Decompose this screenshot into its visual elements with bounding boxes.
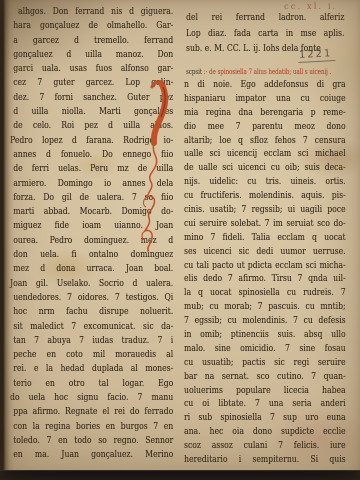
manuscript-line: malo. sine omicidio. 7 sine fosau <box>184 342 346 356</box>
rubric-line: scpsit :· de spinosiella 7 alius hedatib… <box>186 66 351 77</box>
manuscript-line: ppa afirmo. Regnate el rei do ferrado <box>10 405 173 419</box>
manuscript-line: hara gonçaluez de olmahello. Gar- <box>10 19 173 33</box>
manuscript-line: del rei ferrand ladron. alferiz <box>186 10 344 26</box>
manuscript-line: garci uala. usas fuos alfonso gar- <box>10 62 173 76</box>
manuscript-line: hoc nrm fachu disrupe noluerit. <box>10 305 173 319</box>
manuscript-line: uendedores. 7 oidores. 7 testigos. Qi <box>10 291 173 305</box>
manuscript-page: cc. xl. i. 1221 alhgos. Don ferrand nis … <box>0 0 360 480</box>
manuscript-line: cu tali pacto ut pdicta ecclam sci micha… <box>184 259 346 273</box>
manuscript-line: Joan gil. Uselako. Socrio d ualera. <box>10 277 173 291</box>
manuscript-line: ana. hec oia dono supdicte ecclie <box>184 425 346 439</box>
manuscript-line: tan 7 abuya 7 iudas traduz. 7 i <box>10 334 173 348</box>
manuscript-line: rei. e la hedad duplada al mones- <box>10 362 173 376</box>
manuscript-line: in omib; ptinenciis suis. absq ullo <box>184 328 346 342</box>
manuscript-line: con la regina bories en burgos 7 en <box>10 420 173 434</box>
manuscript-line: en ma. Juan gonçaluez. Merino <box>10 448 173 462</box>
manuscript-line: do uela hoc signu facio. 7 manu <box>10 391 173 405</box>
right-text-column-top: del rei ferrand ladron. alferizLop diaz.… <box>186 10 344 57</box>
right-text-column-body: n di noie. Ego addefonsus di grahispania… <box>184 78 346 467</box>
manuscript-line: mino 7 fideli. Talia ecclam q uocat <box>184 231 346 245</box>
manuscript-line: cu oi libtate. 7 una seria anderi <box>184 397 346 411</box>
photo-bottom-bar <box>0 470 360 480</box>
manuscript-line: ses uicenci sic dedi uumor uerruse. <box>184 245 346 259</box>
manuscript-line: cinis. usatib; 7 regssib; ui uagili poce <box>184 203 346 217</box>
rubric-prefix: scpsit <box>186 67 204 76</box>
manuscript-line: mez d dona urraca. Joan boal. <box>10 262 173 276</box>
manuscript-line: cu fructiferis. molendinis. aquis. pis- <box>184 189 346 203</box>
manuscript-line: a garcez d tremello. ferrand <box>10 34 173 48</box>
manuscript-line: n di noie. Ego addefonsus di gra <box>184 78 346 92</box>
manuscript-line: ri sub spinosiella 7 sup uro euna <box>184 411 346 425</box>
manuscript-line: 7 egssib; cu molendinis. 7 cu defesis <box>184 314 346 328</box>
manuscript-line: alhgos. Don ferrand nis d giguera. <box>10 5 173 19</box>
manuscript-line: toledo. 7 en todo so regno. Sennor <box>10 434 173 448</box>
manuscript-line: dio mee 7 parentu meoz dono <box>184 120 346 134</box>
manuscript-line: Lop diaz. fada carta in mse aplis. <box>186 26 344 42</box>
manuscript-line: hereditario i sempiternu. Si quis <box>184 453 346 467</box>
illuminated-initial-icon <box>139 79 173 259</box>
manuscript-line: cu usuatib; pactis sic regi seruire <box>184 356 346 370</box>
manuscript-line: nijs. uidelic: cu tris. uineis. ortis. <box>184 175 346 189</box>
manuscript-line: terio en otro tal logar. Ego <box>10 377 173 391</box>
manuscript-line: peche en coto mil morauedis al <box>10 348 173 362</box>
manuscript-line: scoz assoz culani 7 felicis. iure <box>184 439 346 453</box>
manuscript-line: gonçaluez d uilla manoz. Don <box>10 48 173 62</box>
manuscript-line: mia regina dna berengaria p reme- <box>184 106 346 120</box>
manuscript-line: mub; cu morab; 7 pascuis. cu mntib; <box>184 300 346 314</box>
manuscript-line: bar na sernat. sco cutino. 7 quan- <box>184 370 346 384</box>
manuscript-line: elis dedo 7 afirmo. Tirsu 7 qnda uil- <box>184 272 346 286</box>
manuscript-line: ualle sci uicencij ecclam sci michael <box>184 147 346 161</box>
manuscript-line: altarib; loe q sfloz fehos 7 censura <box>184 134 346 148</box>
manuscript-line: sub. e. M. CC. L. ij. Iohs dela fonte <box>186 41 344 57</box>
manuscript-line: cui seruire solebat. 7 im seruiat sco do… <box>184 217 346 231</box>
rubric-text: :· de spinosiella 7 alius hedatib; uall … <box>204 67 331 76</box>
manuscript-line: hispaniaru impator una cu coiuge <box>184 92 346 106</box>
manuscript-line: de ualle sci uicenci cu oib; suis deca- <box>184 161 346 175</box>
manuscript-line: la q uocat spinosiella cu rudreis. 7 <box>184 286 346 300</box>
manuscript-line: sit maledict 7 excomunicat. sic da- <box>10 320 173 334</box>
manuscript-line: uoluerims populare licecia habea <box>184 384 346 398</box>
page-edge-shadow <box>0 0 14 480</box>
